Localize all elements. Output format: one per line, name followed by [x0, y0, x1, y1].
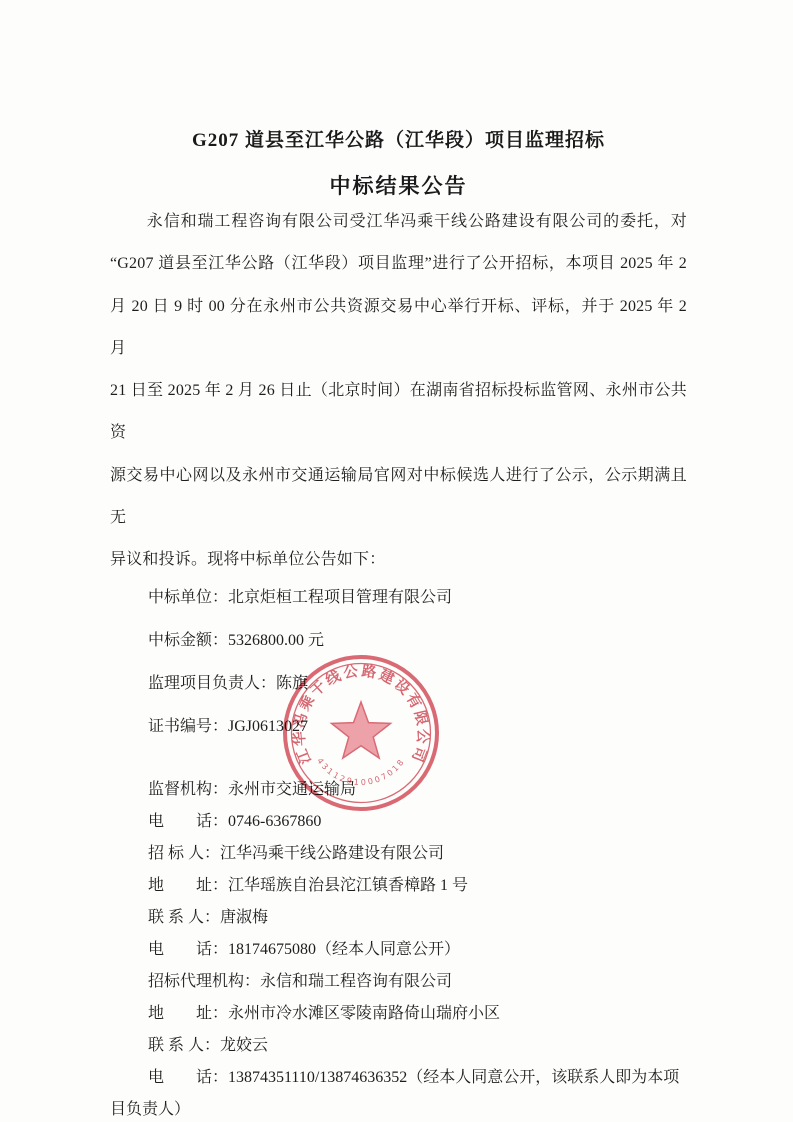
star-icon — [332, 702, 391, 758]
contact-section: 监督机构：永州市交通运输局 电 话：0746-6367860 招 标 人：江华冯… — [110, 774, 687, 1122]
paragraph-line: 源交易中心网以及永州市交通运输局官网对中标候选人进行了公示，公示期满且无 — [110, 455, 687, 540]
agency-contact-line: 联 系 人：龙姣云 — [110, 1030, 687, 1062]
tenderer-contact-line: 联 系 人：唐淑梅 — [110, 902, 687, 934]
agency-phone-continuation-line: 目负责人） — [110, 1094, 687, 1122]
document-subtitle: 中标结果公告 — [110, 171, 687, 201]
tenderer-phone-line: 电 话：18174675080（经本人同意公开） — [110, 934, 687, 966]
tenderer-address-line: 地 址：江华瑶族自治县沱江镇香樟路 1 号 — [110, 870, 687, 902]
official-seal: 江华冯乘干线公路建设有限公司 43112910007018 — [276, 648, 446, 818]
document-title: G207 道县至江华公路（江华段）项目监理招标 — [110, 126, 687, 156]
agency-phone-line: 电 话：13874351110/13874636352（经本人同意公开，该联系人… — [110, 1062, 687, 1094]
winner-line: 中标单位：北京炬桓工程项目管理有限公司 — [110, 576, 687, 619]
paragraph-line: “G207 道县至江华公路（江华段）项目监理”进行了公开招标，本项目 2025 … — [110, 243, 687, 285]
agency-address-line: 地 址：永州市冷水滩区零陵南路倚山瑞府小区 — [110, 998, 687, 1030]
agency-line: 招标代理机构：永信和瑞工程咨询有限公司 — [110, 966, 687, 998]
seal-code-arc: 43112910007018 — [315, 756, 407, 787]
scanned-document-page: G207 道县至江华公路（江华段）项目监理招标 中标结果公告 永信和瑞工程咨询有… — [0, 0, 793, 1122]
paragraph-line: 月 20 日 9 时 00 分在永州市公共资源交易中心举行开标、评标，并于 20… — [110, 286, 687, 371]
paragraph-line: 永信和瑞工程咨询有限公司受江华冯乘干线公路建设有限公司的委托，对 — [110, 201, 687, 243]
tenderer-line: 招 标 人：江华冯乘干线公路建设有限公司 — [110, 838, 687, 870]
paragraph-line: 21 日至 2025 年 2 月 26 日止（北京时间）在湖南省招标投标监管网、… — [110, 370, 687, 455]
intro-paragraph: 永信和瑞工程咨询有限公司受江华冯乘干线公路建设有限公司的委托，对 “G207 道… — [110, 201, 687, 582]
document-content: G207 道县至江华公路（江华段）项目监理招标 中标结果公告 永信和瑞工程咨询有… — [110, 126, 687, 1122]
